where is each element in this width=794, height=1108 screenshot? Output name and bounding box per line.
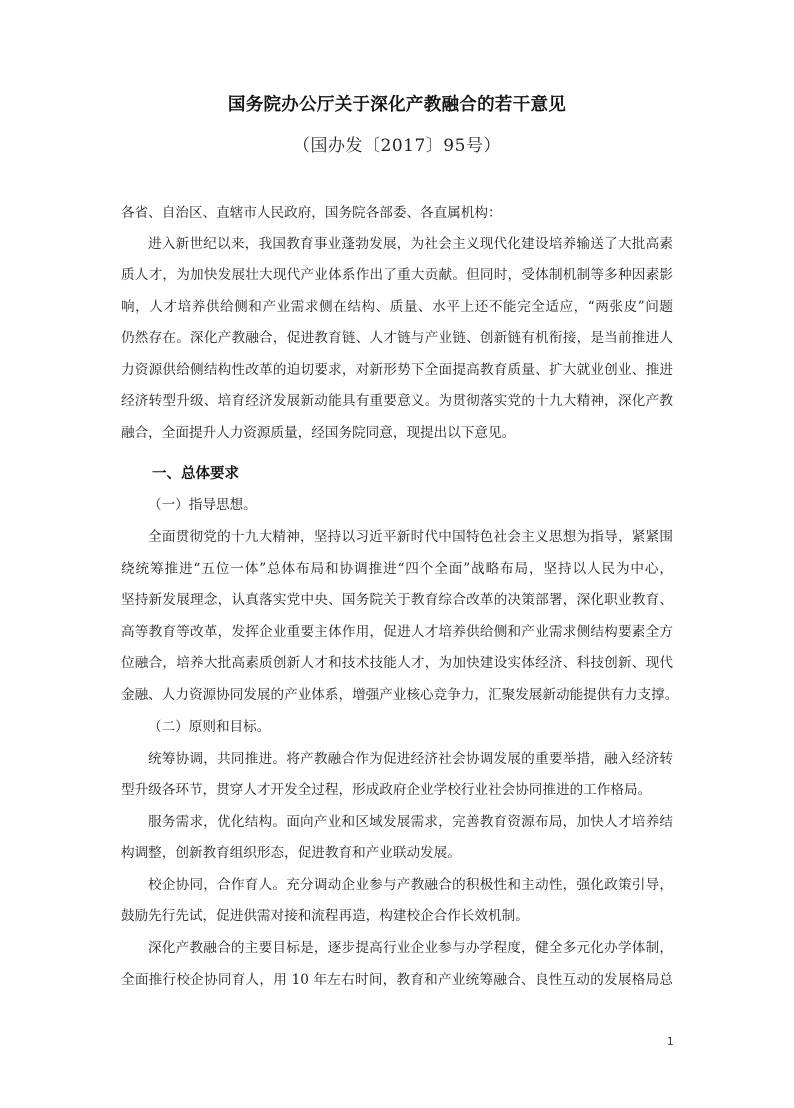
- paragraph-line: 绕统筹推进“五位一体”总体布局和协调推进“四个全面”战略布局，坚持以人民为中心，: [121, 559, 673, 579]
- paragraph-line: 鼓励先行先试，促进供需对接和流程再造，构建校企合作长效机制。: [121, 906, 529, 926]
- paragraph-line: 深化产教融合的主要目标是，逐步提高行业企业参与办学程度，健全多元化办学体制，: [148, 938, 673, 958]
- document-title: 国务院办公厅关于深化产教融合的若干意见: [0, 91, 794, 116]
- paragraph-line: 高等教育等改革，发挥企业重要主体作用，促进人才培养供给侧和产业需求侧结构要素全方: [121, 622, 673, 642]
- intro-line: 力资源供给侧结构性改革的迫切要求，对新形势下全面提高教育质量、扩大就业创业、推进: [121, 360, 673, 380]
- paragraph-line: 全面贯彻党的十九大精神，坚持以习近平新时代中国特色社会主义思想为指导，紧紧围: [148, 527, 673, 547]
- paragraph-line: 位融合，培养大批高素质创新人才和技术技能人才，为加快建设实体经济、科技创新、现代: [121, 653, 673, 673]
- page-number: 1: [667, 1036, 674, 1048]
- section-heading-general-requirements: 一、总体要求: [152, 462, 239, 483]
- paragraph-line: 校企协同，合作育人。充分调动企业参与产教融合的积极性和主动性，强化政策引导，: [148, 875, 673, 895]
- intro-line: 质人才，为加快发展壮大现代产业体系作出了重大贡献。但同时，受体制机制等多种因素影: [121, 265, 673, 285]
- intro-line: 响，人才培养供给侧和产业需求侧在结构、质量、水平上还不能完全适应，“两张皮”问题: [121, 297, 673, 317]
- paragraph-line: 型升级各环节，贯穿人才开发全过程，形成政府企业学校行业社会协同推进的工作格局。: [121, 780, 651, 800]
- intro-line: 进入新世纪以来，我国教育事业蓬勃发展，为社会主义现代化建设培养输送了大批高素: [148, 234, 673, 254]
- document-number: （国办发〔2017〕95号）: [0, 131, 794, 156]
- intro-line: 融合，全面提升人力资源质量，经国务院同意，现提出以下意见。: [121, 423, 515, 443]
- paragraph-line: 服务需求，优化结构。面向产业和区域发展需求，完善教育资源布局，加快人才培养结: [148, 812, 673, 832]
- paragraph-line: 统筹协调，共同推进。将产教融合作为促进经济社会协调发展的重要举措，融入经济转: [148, 749, 673, 769]
- intro-line: 仍然存在。深化产教融合，促进教育链、人才链与产业链、创新链有机衔接，是当前推进人: [121, 328, 673, 348]
- paragraph-line: 坚持新发展理念，认真落实党中央、国务院关于教育综合改革的决策部署，深化职业教育、: [121, 590, 673, 610]
- intro-line: 经济转型升级、培育经济发展新动能具有重要意义。为贯彻落实党的十九大精神，深化产教: [121, 391, 673, 411]
- subsection-heading-principles: （二）原则和目标。: [148, 717, 270, 737]
- paragraph-line: 构调整，创新教育组织形态，促进教育和产业联动发展。: [121, 843, 461, 863]
- addressee-line: 各省、自治区、直辖市人民政府，国务院各部委、各直属机构：: [121, 203, 502, 223]
- subsection-heading-guiding-ideology: （一）指导思想。: [148, 495, 257, 515]
- paragraph-line: 全面推行校企协同育人，用 10 年左右时间，教育和产业统筹融合、良性互动的发展格…: [121, 970, 673, 990]
- paragraph-line: 金融、人力资源协同发展的产业体系，增强产业核心竞争力，汇聚发展新动能提供有力支撑…: [121, 685, 673, 705]
- document-page: 国务院办公厅关于深化产教融合的若干意见 （国办发〔2017〕95号） 各省、自治…: [0, 0, 794, 1108]
